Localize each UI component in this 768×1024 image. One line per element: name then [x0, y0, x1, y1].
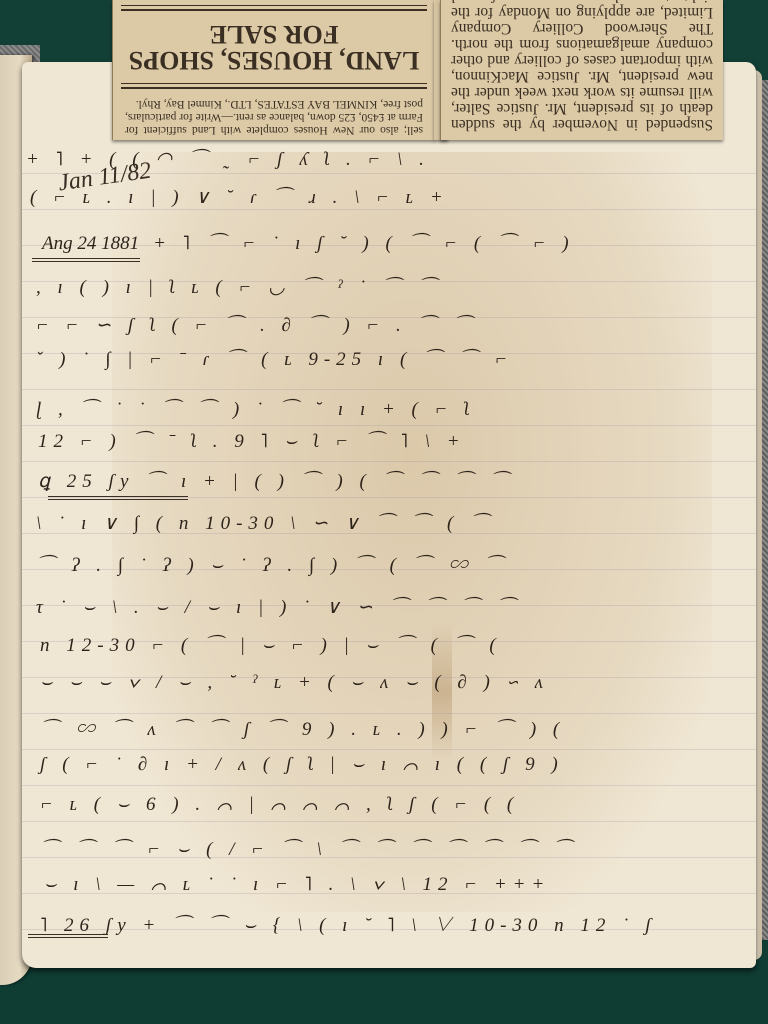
newspaper-clipping-colliery: Suspended in November by the sudden deat… [440, 0, 723, 140]
entry-underline [28, 934, 108, 938]
shorthand-line: ʃ ( ⌐ ˙ ∂ ı + / ʌ ( ʃ ʅ | ⌣ ı ⌒ ı ( ( ʃ … [40, 754, 736, 784]
clipping-article-body: Suspended in November by the sudden deat… [441, 0, 723, 140]
clipping-advert-body: sell; also our New Houses complete with … [113, 93, 435, 140]
ruled-line [22, 749, 756, 750]
shorthand-line: 12 ⌐ ) ⌒ ˉ ʅ . 9 ˥ ⌣ ʅ ⌐ ⌒ ˥ \ + [38, 426, 736, 456]
shorthand-line: ( ⌐ ʟ . ı | ) ∨ ˘ ɾ ⌒ ɹ . \ ⌐ ʟ + [30, 182, 736, 212]
shorthand-line: ⌒ ∽ ⌒ ʌ ⌒ ⌒ ʃ ⌒ 9 ) . ʟ . ) ) ⌐ ⌒ ) ( [40, 714, 736, 744]
ruled-line [22, 389, 756, 390]
ruled-line [22, 785, 756, 786]
shorthand-line: ˥ 26 ʃy + ⌒ ⌒ ⌣ { \ ( ı ˘ ˥ \ ∨ 10-30 n … [40, 910, 736, 940]
shorthand-line: n 12-30 ⌐ ( ⌒ | ⌣ ⌐ ) | ⌣ ⌒ ( ⌒ ( [40, 630, 736, 660]
shorthand-line: + ˥ + ( ( ◠ ⌒ ˷ ⌐ ʃ ʎ ʅ . ⌐ \ . [26, 144, 736, 174]
shorthand-line: ⌐ ⌐ ∽ ʃ ʅ ( ⌐ ⌒ . ∂ ⌒ ) ⌐ . ⌒ ⌒ [36, 310, 736, 340]
clipping-heading: LAND, HOUSES, SHOPS FOR SALE [113, 15, 435, 79]
shorthand-line: ⌒ ʔ . ∫ ˙ ʔ ) ⌣ ˙ ʔ . ∫ ) ⌒ ( ⌒ ∽ ⌒ [36, 550, 736, 580]
clipping-rule [121, 5, 427, 11]
shorthand-line: ⌣ ⌣ ⌣ ∨ / ⌣ , ˘ ˀ ʟ + ( ⌣ ʌ ⌣ ( ∂ ) ∽ ʌ [40, 672, 736, 702]
shorthand-line: ˇ ) ˙ ∫ | ⌐ ˉ ɾ ⌒ ( ʟ 9-25 ı ( ⌒ ⌒ ⌐ [36, 344, 736, 374]
entry-date-marker: Ang 24 1881 [42, 233, 139, 254]
entry-underline [32, 258, 140, 262]
clipping-banner: LAND, HOUSES, SHOPS AND CO. FOR SALE. [113, 0, 435, 1]
shorthand-line: ⌐ ʟ ( ⌣ 6 ) . ⌒ | ⌒ ⌒ ⌒ , ʅ ʃ ( ⌐ ( ( [40, 794, 736, 824]
ruled-line [22, 461, 756, 462]
entry-underline [48, 496, 188, 500]
newspaper-clipping-land-sale: sell; also our New Houses complete with … [112, 0, 435, 140]
notebook-page: Jan 11/82 + ˥ + ( ( ◠ ⌒ ˷ ⌐ ʃ ʎ ʅ . ⌐ \ … [22, 62, 756, 968]
clipping-rule [121, 83, 427, 89]
shorthand-line: ⌣ ı \ — ⌒ ʟ ˙ ˙ ı ⌐ ˥ . \ ∨ \ 12 ⌐ +++ [44, 874, 736, 904]
shorthand-line: τ ˙ ⌣ \ . ⌣ / ⌣ ı | ) ˙ ∨ ∽ ⌒ ⌒ ⌒ ⌒ [36, 592, 736, 622]
shorthand-line: ɭ , ⌒ ˙ ˙ ⌒ ⌒ ) ˙ ⌒ ˘ ı ı + ( ⌐ ʅ [36, 394, 736, 424]
shorthand-line: ⌒ ⌒ ⌒ ⌐ ⌣ ( / ⌐ ⌒ \ ⌒ ⌒ ⌒ ⌒ ⌒ ⌒ ⌒ [40, 834, 736, 864]
shorthand-line: \ ˙ ı ∨ ∫ ( n 10-30 \ ∽ ∨ ⌒ ⌒ ( ⌒ [36, 508, 736, 538]
shorthand-line: , ı ( ) ı | ʅ ʟ ( ⌐ ◡ ⌒ ˀ ˙ ⌒ ⌒ [36, 272, 736, 302]
shorthand-line: Ang 24 1881+ ˥ ⌒ ⌐ ˙ ı ʃ ˘ ) ( ⌒ ⌐ ( ⌒ ⌐… [42, 228, 736, 258]
shorthand-line: ꝗ 25 ʃy ⌒ ı + | ( ) ⌒ ) ( ⌒ ⌒ ⌒ ⌒ [38, 466, 736, 496]
